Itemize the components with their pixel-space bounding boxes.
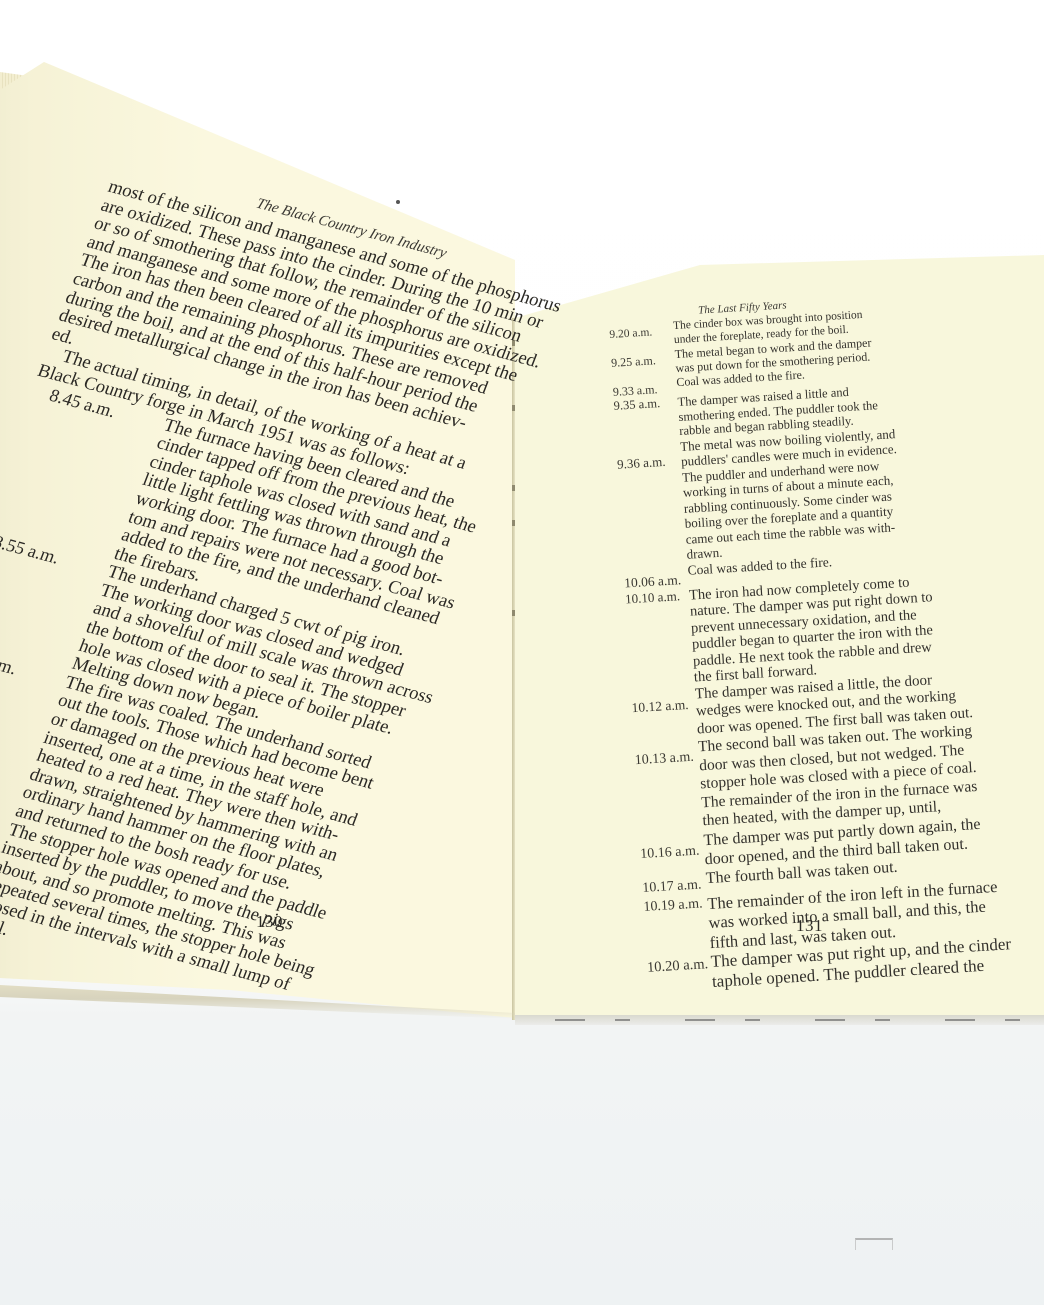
binding-stitch xyxy=(512,485,515,491)
right-page-text: The Last Fifty Years 9.20 a.m. The cinde… xyxy=(608,284,1044,996)
binding-stitch xyxy=(512,610,515,616)
page-number-right: 131 xyxy=(796,916,823,936)
photo-scene: The Black Country Iron Industry most of … xyxy=(0,0,1044,1305)
surface-scuff xyxy=(855,1238,893,1250)
entry-time: 9.25 a.m. xyxy=(610,347,675,370)
entry-time: 9.20 a.m. xyxy=(609,320,674,342)
entry-time: 10.16 a.m. xyxy=(639,831,705,864)
entry-time: 10.12 a.m. xyxy=(631,686,696,716)
binding-stitch xyxy=(512,520,515,526)
right-page-bottom-edge xyxy=(515,1015,1044,1025)
entry-time: 9.36 a.m. xyxy=(616,438,682,471)
entry-time: 10.10 a.m. xyxy=(625,587,690,607)
binding-stitch xyxy=(512,405,515,411)
entry-time: 10.20 a.m. xyxy=(646,952,711,978)
page-number-left: 130 xyxy=(256,912,283,932)
entry-time: 10.06 a.m. xyxy=(623,562,688,591)
book-gutter xyxy=(512,318,515,1020)
entry-time: 9.35 a.m. xyxy=(613,395,678,413)
entry-body: The metal was now boiling violently, and… xyxy=(680,416,1044,562)
dust-speck xyxy=(396,200,400,204)
timing-entry: 9.36 a.m. The metal was now boiling viol… xyxy=(616,416,1044,566)
entry-time: 10.19 a.m. xyxy=(643,894,708,917)
entry-time: 10.13 a.m. xyxy=(634,738,700,770)
entry-time: 10.17 a.m. xyxy=(641,869,706,898)
edge-marks xyxy=(555,1019,1044,1021)
